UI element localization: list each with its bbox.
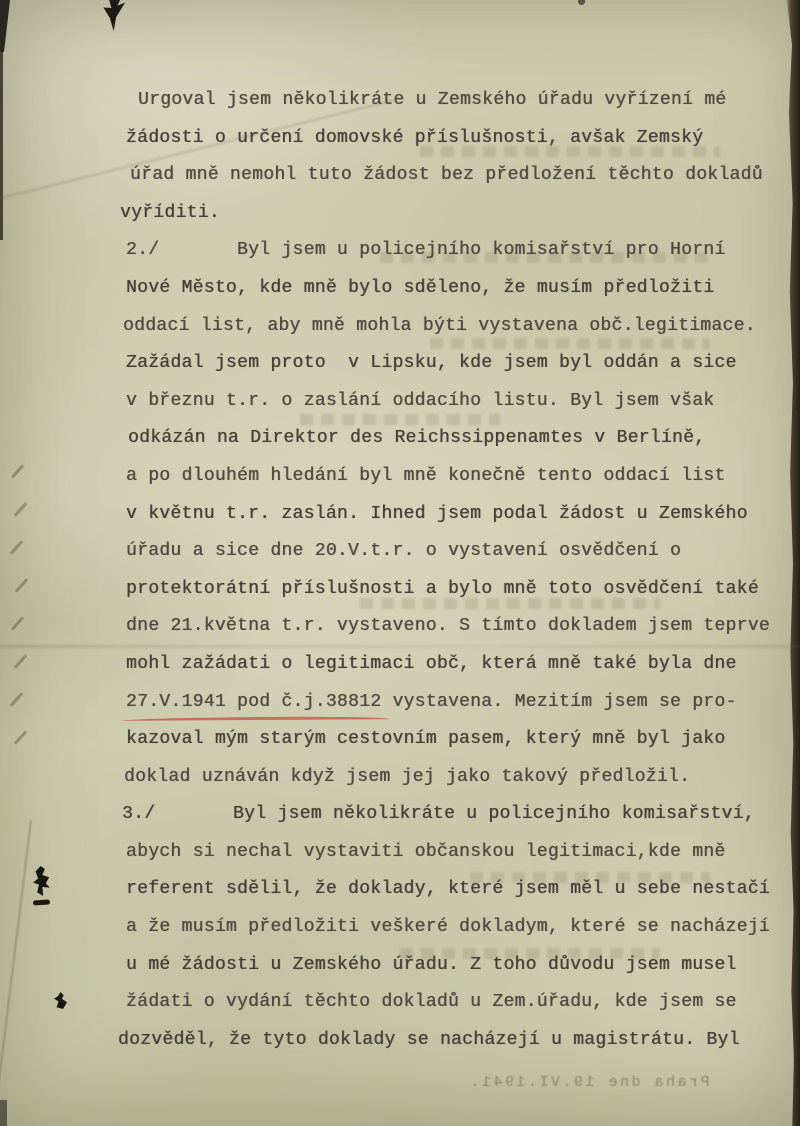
typed-line-8: Zažádal jsem proto v Lipsku, kde jsem by…	[126, 345, 786, 383]
typed-line-14: protektorátní příslušnosti a bylo mně to…	[126, 571, 786, 609]
typed-text-segment: 3./ Byl jsem několikráte u policejního k…	[122, 804, 755, 824]
typed-line-3: úřad mně nemohl tuto žádost bez předlože…	[130, 157, 786, 195]
ink-blot	[54, 992, 67, 1009]
typed-line-2: žádosti o určení domovské příslušnosti, …	[126, 120, 786, 158]
typed-text-segment: úřadu a sice dne 20.V.t.r. o vystavení o…	[126, 541, 681, 561]
typed-line-1: Urgoval jsem několikráte u Zemského úřad…	[138, 82, 786, 120]
typed-line-18: kazoval mým starým cestovním pasem, kter…	[126, 721, 786, 759]
typed-text-segment: a že musím předložiti veškeré dokladym, …	[126, 917, 770, 937]
typed-text-segment: kazoval mým starým cestovním pasem, kter…	[126, 729, 726, 749]
top-left-corner-shadow	[0, 0, 10, 52]
document-page: Urgoval jsem několikráte u Zemského úřad…	[0, 0, 800, 1126]
margin-tick-mark	[15, 578, 29, 593]
typed-text-segment: referent sdělil, že doklady, které jsem …	[126, 879, 770, 899]
margin-tick-mark	[11, 616, 25, 631]
typed-line-21: abych si nechal vystaviti občanskou legi…	[126, 834, 786, 872]
typed-text-segment: dne 21.května t.r. vystaveno. S tímto do…	[126, 616, 770, 636]
margin-tick-mark	[10, 692, 24, 707]
typed-line-6: Nové Město, kde mně bylo sděleno, že mus…	[126, 270, 786, 308]
typed-line-13: úřadu a sice dne 20.V.t.r. o vystavení o…	[126, 533, 786, 571]
margin-tick-mark	[14, 730, 28, 745]
typed-text-segment: 2./ Byl jsem u policejního komisařství p…	[126, 240, 726, 260]
typed-text-segment: mohl zažádati o legitimaci obč, která mn…	[126, 654, 737, 674]
typed-line-22: referent sdělil, že doklady, které jsem …	[126, 871, 786, 909]
typed-line-10: odkázán na Direktor des Reichssippenamte…	[128, 420, 786, 458]
typed-line-17: 27.V.1941 pod č.j.38812 vystavena. Mezit…	[126, 684, 786, 722]
typed-text-segment: úřad mně nemohl tuto žádost bez předlože…	[130, 165, 763, 185]
typed-text-segment: odkázán na Direktor des Reichssippenamte…	[128, 428, 705, 448]
typed-text-segment: v březnu t.r. o zaslání oddacího listu. …	[126, 391, 714, 411]
typed-line-15: dne 21.května t.r. vystaveno. S tímto do…	[126, 608, 786, 646]
typed-line-7: oddací list, aby mně mohla býti vystaven…	[123, 308, 786, 346]
ink-blot	[33, 866, 50, 896]
typed-line-4: vyříditi.	[120, 195, 786, 233]
typed-text-segment: doklad uznáván když jsem jej jako takový…	[124, 767, 690, 787]
typed-line-19: doklad uznáván když jsem jej jako takový…	[124, 759, 786, 797]
typed-text-segment: Zažádal jsem proto v Lipsku, kde jsem by…	[126, 353, 737, 373]
typed-text-segment: Urgoval jsem několikráte u Zemského úřad…	[138, 90, 726, 110]
typed-text-segment: v květnu t.r. zaslán. Ihned jsem podal ž…	[126, 504, 748, 524]
typed-line-25: žádati o vydání těchto dokladů u Zem.úřa…	[126, 984, 786, 1022]
paper-crease	[0, 820, 32, 1124]
typed-text-block: Urgoval jsem několikráte u Zemského úřad…	[126, 82, 786, 1059]
typed-text-segment: Nové Město, kde mně bylo sděleno, že mus…	[126, 278, 714, 298]
typed-line-16: mohl zažádati o legitimaci obč, která mn…	[126, 646, 786, 684]
paper-nick	[578, 0, 585, 5]
typed-text-segment: vystavena. Mezitím jsem se pro-	[381, 692, 736, 712]
typed-text-segment: abych si nechal vystaviti občanskou legi…	[126, 842, 726, 862]
typed-text-segment: protektorátní příslušnosti a bylo mně to…	[126, 579, 759, 599]
typed-text-segment: vyříditi.	[120, 203, 220, 223]
ink-dash	[33, 899, 50, 905]
typed-line-12: v květnu t.r. zaslán. Ihned jsem podal ž…	[126, 496, 786, 534]
typed-text-segment: u mé žádosti u Zemského úřadu. Z toho dů…	[126, 955, 737, 975]
bleed-through-text: Praha dne 19.VI.1941.	[468, 1074, 710, 1091]
typed-line-24: u mé žádosti u Zemského úřadu. Z toho dů…	[126, 947, 786, 985]
margin-tick-mark	[10, 540, 24, 555]
typed-line-5: 2./ Byl jsem u policejního komisařství p…	[126, 232, 786, 270]
margin-tick-mark	[14, 654, 28, 669]
bottom-left-corner-shadow	[0, 1100, 7, 1126]
typed-line-20: 3./ Byl jsem několikráte u policejního k…	[122, 796, 786, 834]
typed-text-segment: dozvěděl, že tyto doklady se nacházejí u…	[118, 1030, 740, 1050]
typed-text-segment: žádosti o určení domovské příslušnosti, …	[126, 128, 703, 148]
typed-line-23: a že musím předložiti veškeré dokladym, …	[126, 909, 786, 947]
typed-text-segment: a po dlouhém hledání byl mně konečně ten…	[126, 466, 726, 486]
torn-right-edge	[784, 0, 800, 1126]
red-underlined-text: 27.V.1941 pod č.j.38812	[126, 692, 381, 712]
typed-text-segment: žádati o vydání těchto dokladů u Zem.úřa…	[126, 992, 737, 1012]
margin-tick-mark	[14, 502, 28, 517]
typed-line-9: v březnu t.r. o zaslání oddacího listu. …	[126, 383, 786, 421]
pen-mark	[97, 0, 129, 31]
typed-line-26: dozvěděl, že tyto doklady se nacházejí u…	[118, 1022, 786, 1060]
typed-text-segment: oddací list, aby mně mohla býti vystaven…	[123, 316, 756, 336]
typed-line-11: a po dlouhém hledání byl mně konečně ten…	[126, 458, 786, 496]
margin-tick-mark	[11, 464, 25, 479]
